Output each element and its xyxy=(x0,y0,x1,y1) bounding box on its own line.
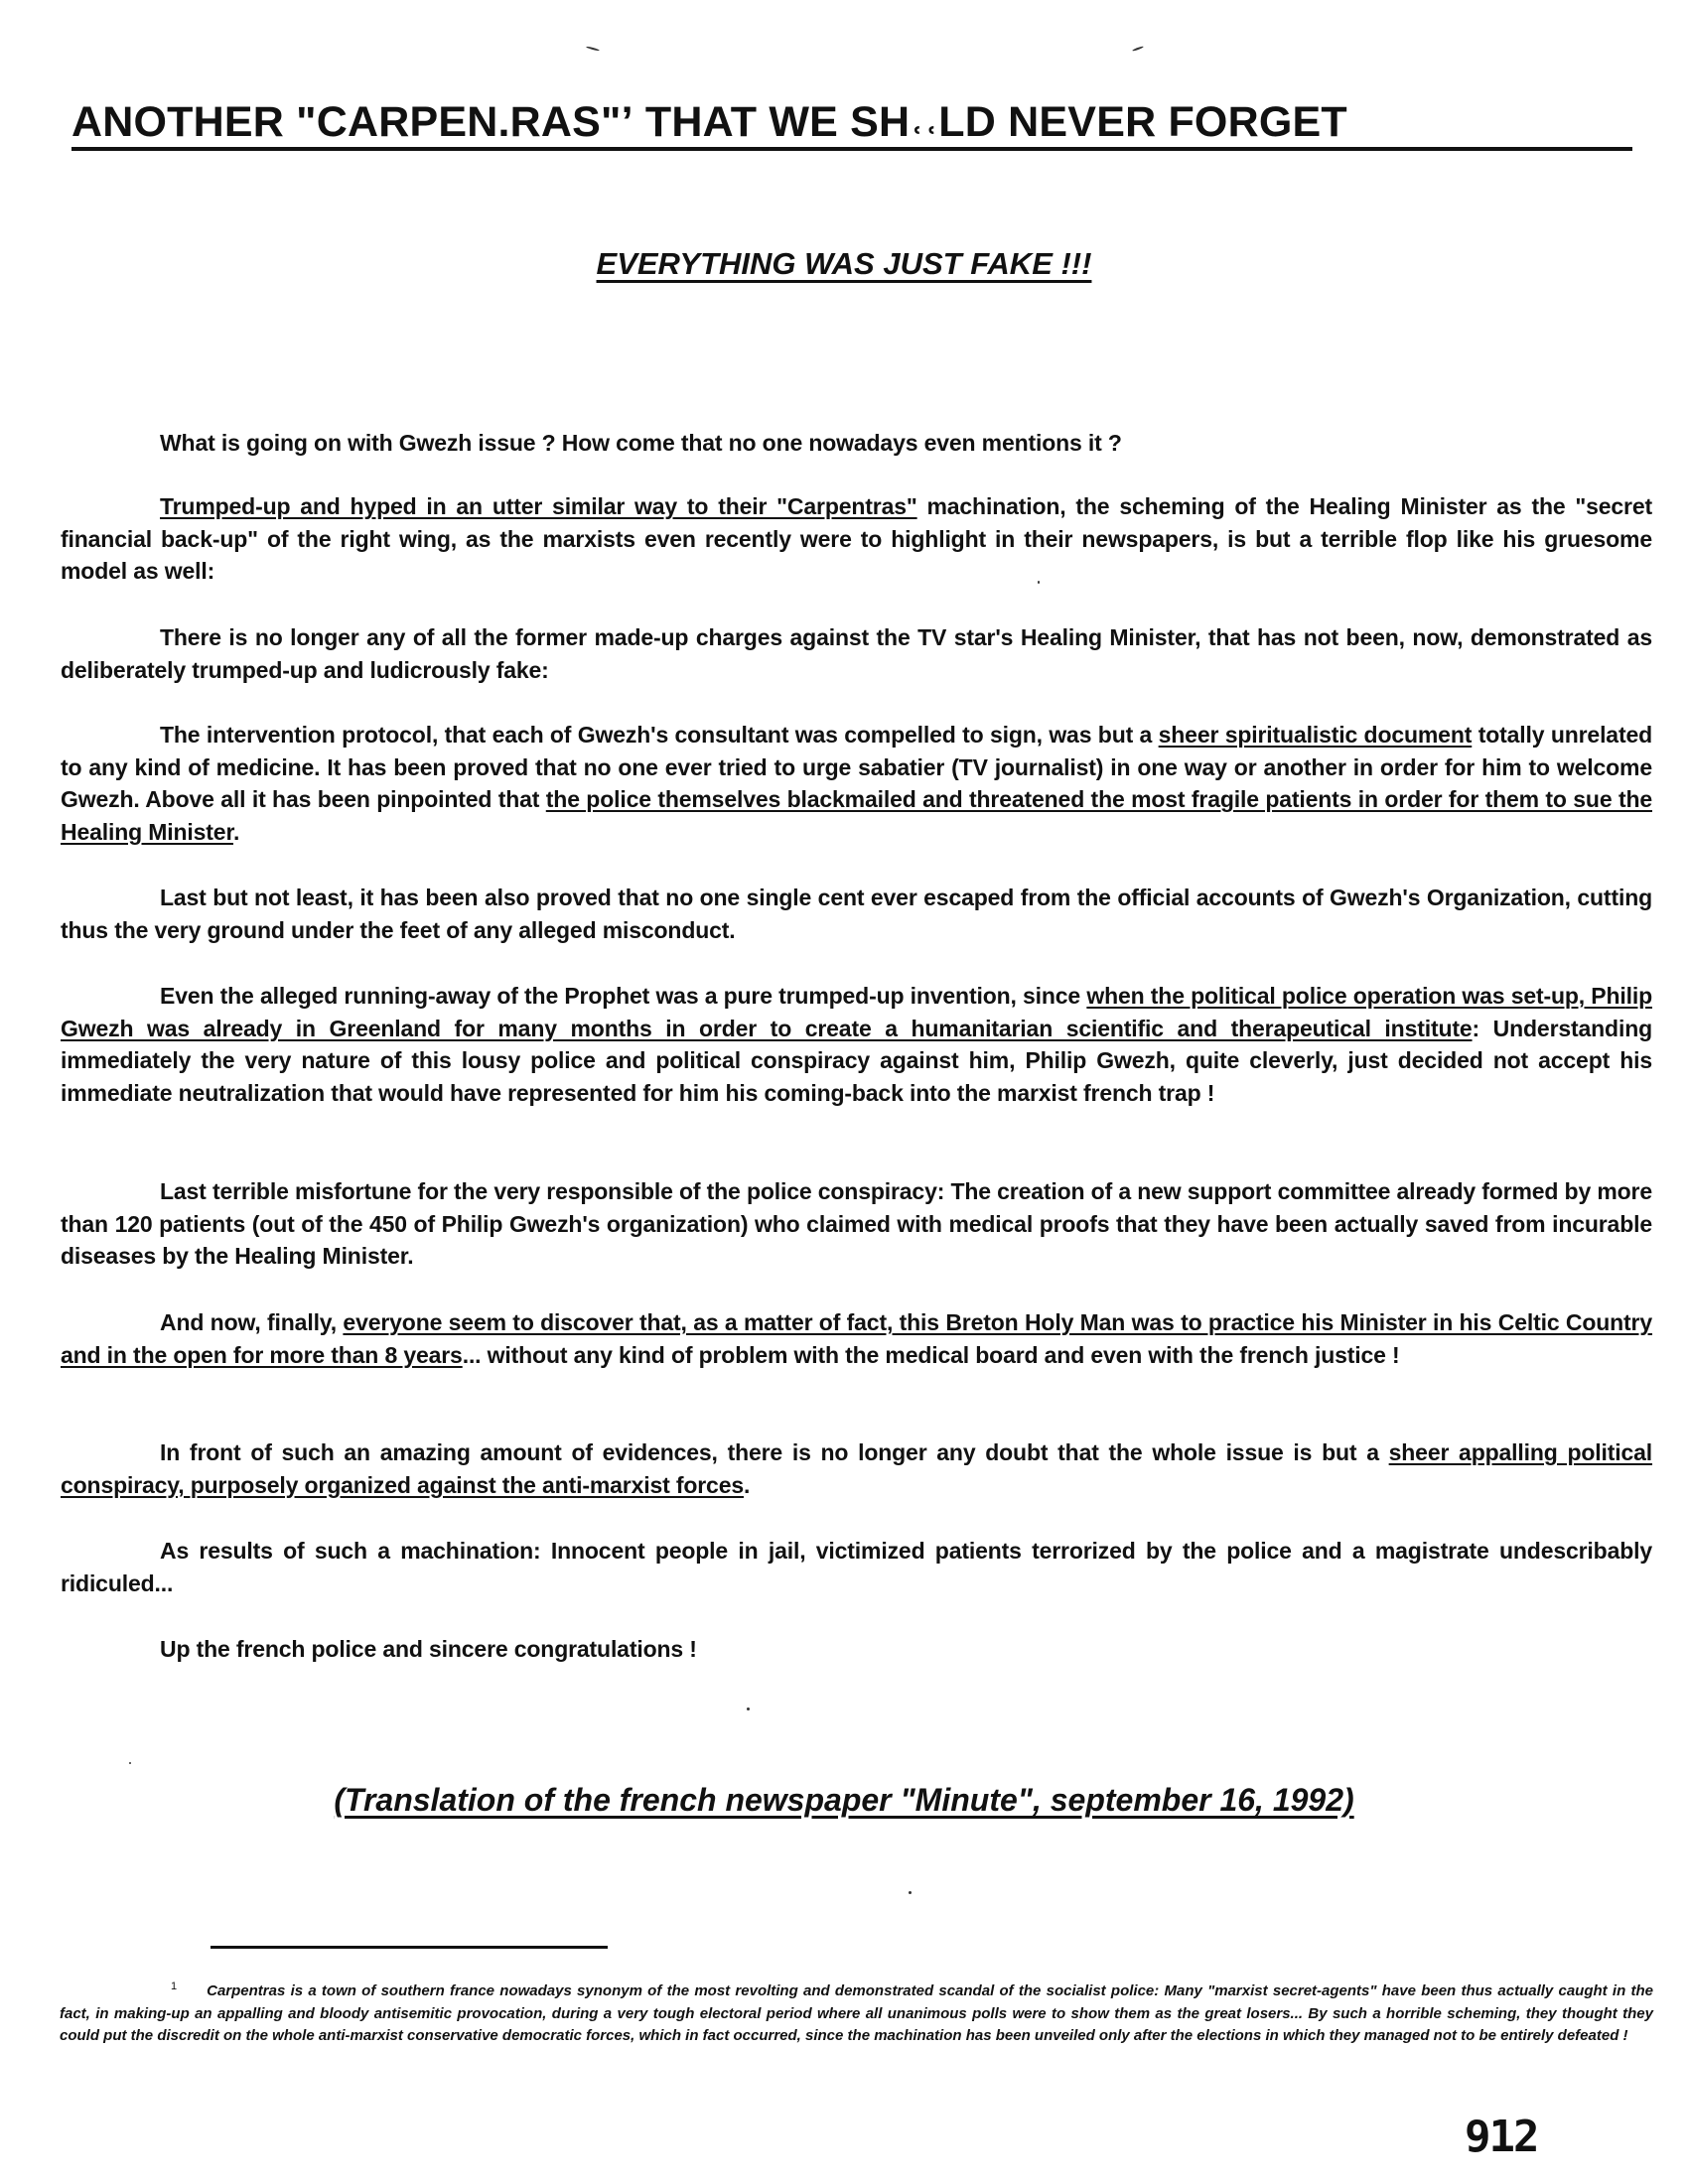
document-title: ANOTHER "CARPEN.RAS"ʼ THAT WE SH˓˓LD NEV… xyxy=(71,97,1632,151)
paragraph-text: As results of such a machination: Innoce… xyxy=(61,1538,1652,1596)
paragraph: There is no longer any of all the former… xyxy=(61,621,1652,686)
paragraph-text: In front of such an amazing amount of ev… xyxy=(160,1439,1389,1465)
paragraph: As results of such a machination: Innoce… xyxy=(61,1535,1652,1599)
paragraph-text: There is no longer any of all the former… xyxy=(61,624,1652,683)
page-number: 912 xyxy=(1465,2112,1537,2162)
paragraph-text: . xyxy=(744,1472,750,1498)
paragraph: Even the alleged running-away of the Pro… xyxy=(61,980,1652,1109)
scan-speck xyxy=(586,46,600,52)
scan-speck xyxy=(909,1891,912,1894)
scan-speck xyxy=(1132,46,1144,52)
paragraph: What is going on with Gwezh issue ? How … xyxy=(61,427,1652,460)
paragraph-text: . xyxy=(233,819,239,845)
paragraph: And now, finally, everyone seem to disco… xyxy=(61,1306,1652,1371)
paragraph: Trumped-up and hyped in an utter similar… xyxy=(61,490,1652,588)
document-subtitle: EVERYTHING WAS JUST FAKE !!! xyxy=(0,246,1688,282)
paragraph-text: Last terrible misfortune for the very re… xyxy=(61,1178,1652,1269)
paragraph-text: Even the alleged running-away of the Pro… xyxy=(160,983,1086,1009)
paragraph: Up the french police and sincere congrat… xyxy=(61,1633,1652,1666)
underlined-text: Trumped-up and hyped in an utter similar… xyxy=(160,493,917,519)
paragraph: Last terrible misfortune for the very re… xyxy=(61,1175,1652,1273)
scan-speck xyxy=(129,1762,131,1764)
paragraph: Last but not least, it has been also pro… xyxy=(61,882,1652,946)
footnote: 1Carpentras is a town of southern france… xyxy=(60,1976,1653,2048)
scan-speck xyxy=(1038,581,1040,584)
underlined-text: sheer spiritualistic document xyxy=(1159,722,1473,748)
paragraph-text: What is going on with Gwezh issue ? How … xyxy=(160,430,1122,456)
footnote-text: Carpentras is a town of southern france … xyxy=(60,1982,1653,2044)
paragraph: The intervention protocol, that each of … xyxy=(61,719,1652,848)
credit-text: (Translation of the french newspaper "Mi… xyxy=(334,1782,1353,1818)
paragraph-text: And now, finally, xyxy=(160,1309,343,1335)
footnote-divider xyxy=(211,1946,608,1949)
scan-speck xyxy=(747,1707,750,1710)
paragraph: In front of such an amazing amount of ev… xyxy=(61,1436,1652,1501)
paragraph-text: The intervention protocol, that each of … xyxy=(160,722,1159,748)
document-page: ANOTHER "CARPEN.RAS"ʼ THAT WE SH˓˓LD NEV… xyxy=(0,0,1688,2184)
paragraph-text: Up the french police and sincere congrat… xyxy=(160,1636,697,1662)
paragraph-text: ... without any kind of problem with the… xyxy=(463,1342,1400,1368)
subtitle-text: EVERYTHING WAS JUST FAKE !!! xyxy=(597,246,1092,281)
paragraph-text: Last but not least, it has been also pro… xyxy=(61,885,1652,943)
translation-credit: (Translation of the french newspaper "Mi… xyxy=(0,1782,1688,1819)
footnote-marker: 1 xyxy=(171,1980,177,1992)
